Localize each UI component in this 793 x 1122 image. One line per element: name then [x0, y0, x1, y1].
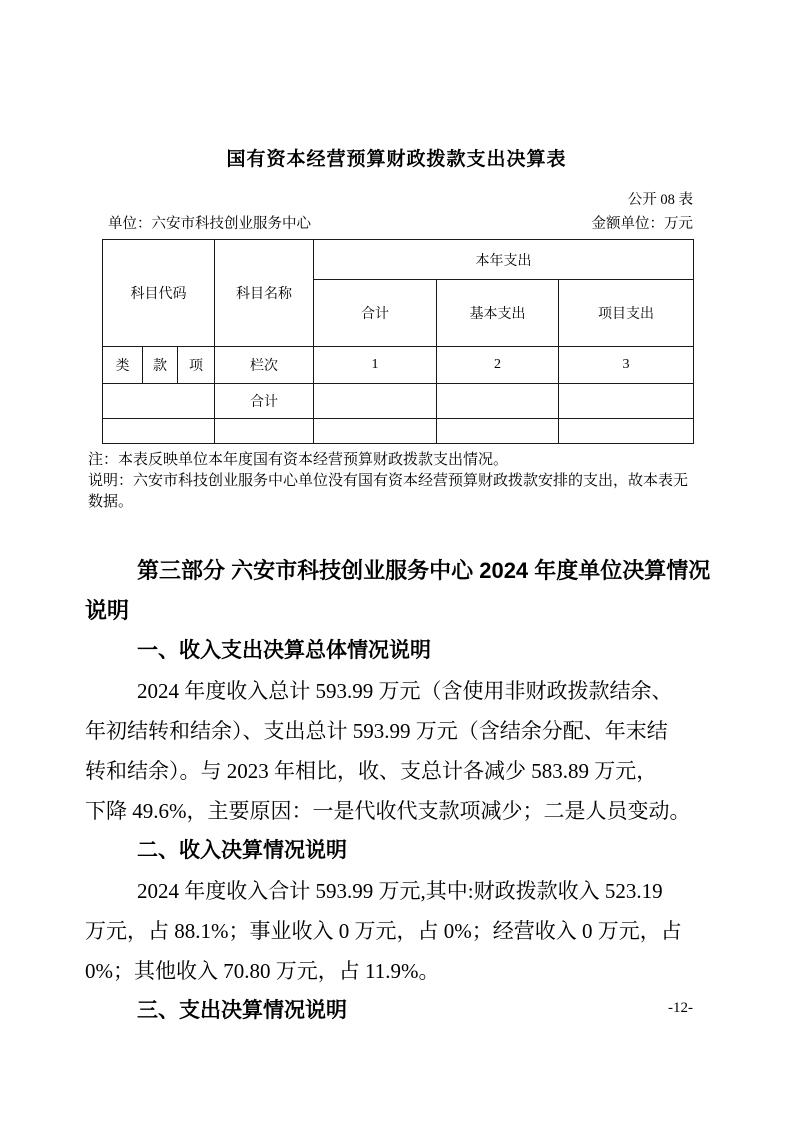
cell-col-1: 1 — [314, 347, 437, 384]
section1-paragraph-line: 下降 49.6%，主要原因：一是代收代支款项减少；二是人员变动。 — [85, 791, 730, 831]
budget-expenditure-table: 科目代码 科目名称 本年支出 合计 基本支出 项目支出 类 款 项 栏次 1 2… — [102, 239, 694, 444]
document-page: 国有资本经营预算财政拨款支出决算表 公开 08 表 单位：六安市科技创业服务中心… — [0, 0, 793, 1122]
table-notes: 注：本表反映单位本年度国有资本经营预算财政拨款支出情况。 说明：六安市科技创业服… — [88, 450, 728, 513]
table-total-row: 合计 — [103, 384, 694, 419]
cell-total-code — [103, 384, 215, 419]
cell-col-2: 2 — [437, 347, 559, 384]
table-index-row: 类 款 项 栏次 1 2 3 — [103, 347, 694, 384]
explanation-line-1: 说明：六安市科技创业服务中心单位没有国有资本经营预算财政拨款安排的支出，故本表无 — [88, 471, 728, 492]
section1-paragraph-line: 转和结余）。与 2023 年相比，收、支总计各减少 583.89 万元， — [85, 751, 730, 791]
header-project-expenditure: 项目支出 — [559, 280, 694, 347]
cell-total-col3 — [559, 384, 694, 419]
part3-body: 一、收入支出决算总体情况说明 2024 年度收入总计 593.99 万元（含使用… — [85, 631, 730, 1031]
header-total: 合计 — [314, 280, 437, 347]
page-number: -12- — [0, 1000, 693, 1017]
note-line: 注：本表反映单位本年度国有资本经营预算财政拨款支出情况。 — [88, 450, 728, 471]
cell-empty-col3 — [559, 419, 694, 444]
table-empty-row — [103, 419, 694, 444]
section1-paragraph-line: 年初结转和结余）、支出总计 593.99 万元（含结余分配、年末结 — [85, 711, 730, 751]
cell-empty-name — [215, 419, 314, 444]
cell-empty-col1 — [314, 419, 437, 444]
cell-total-col2 — [437, 384, 559, 419]
unit-name-label: 单位：六安市科技创业服务中心 — [102, 214, 311, 234]
header-basic-expenditure: 基本支出 — [437, 280, 559, 347]
cell-total-name: 合计 — [215, 384, 314, 419]
header-subject-name: 科目名称 — [215, 240, 314, 347]
section2-paragraph-line: 2024 年度收入合计 593.99 万元,其中:财政拨款收入 523.19 — [85, 871, 730, 911]
part3-heading-line1: 第三部分 六安市科技创业服务中心 2024 年度单位决算情况 — [85, 551, 725, 591]
explanation-line-2: 数据。 — [88, 492, 728, 513]
form-number-label: 公开 08 表 — [102, 190, 693, 210]
cell-empty-col2 — [437, 419, 559, 444]
section1-paragraph-line: 2024 年度收入总计 593.99 万元（含使用非财政拨款结余、 — [85, 671, 730, 711]
table-meta-row: 单位：六安市科技创业服务中心 金额单位：万元 — [102, 214, 693, 234]
section2-paragraph-line: 万元，占 88.1%；事业收入 0 万元，占 0%；经营收入 0 万元，占 — [85, 911, 730, 951]
table-header-row-1: 科目代码 科目名称 本年支出 — [103, 240, 694, 280]
amount-unit-label: 金额单位：万元 — [592, 214, 694, 234]
header-current-year-expenditure: 本年支出 — [314, 240, 694, 280]
part3-heading-line2: 说明 — [85, 591, 725, 631]
section1-title: 一、收入支出决算总体情况说明 — [85, 631, 730, 671]
part3-heading: 第三部分 六安市科技创业服务中心 2024 年度单位决算情况 说明 — [85, 551, 725, 631]
cell-empty-code — [103, 419, 215, 444]
cell-total-col1 — [314, 384, 437, 419]
cell-column-label: 栏次 — [215, 347, 314, 384]
cell-code-item: 项 — [178, 347, 215, 384]
section2-paragraph-line: 0%；其他收入 70.80 万元，占 11.9%。 — [85, 951, 730, 991]
document-title: 国有资本经营预算财政拨款支出决算表 — [0, 0, 793, 174]
section2-title: 二、收入决算情况说明 — [85, 831, 730, 871]
cell-code-section: 款 — [143, 347, 178, 384]
header-subject-code: 科目代码 — [103, 240, 215, 347]
cell-col-3: 3 — [559, 347, 694, 384]
cell-code-class: 类 — [103, 347, 143, 384]
